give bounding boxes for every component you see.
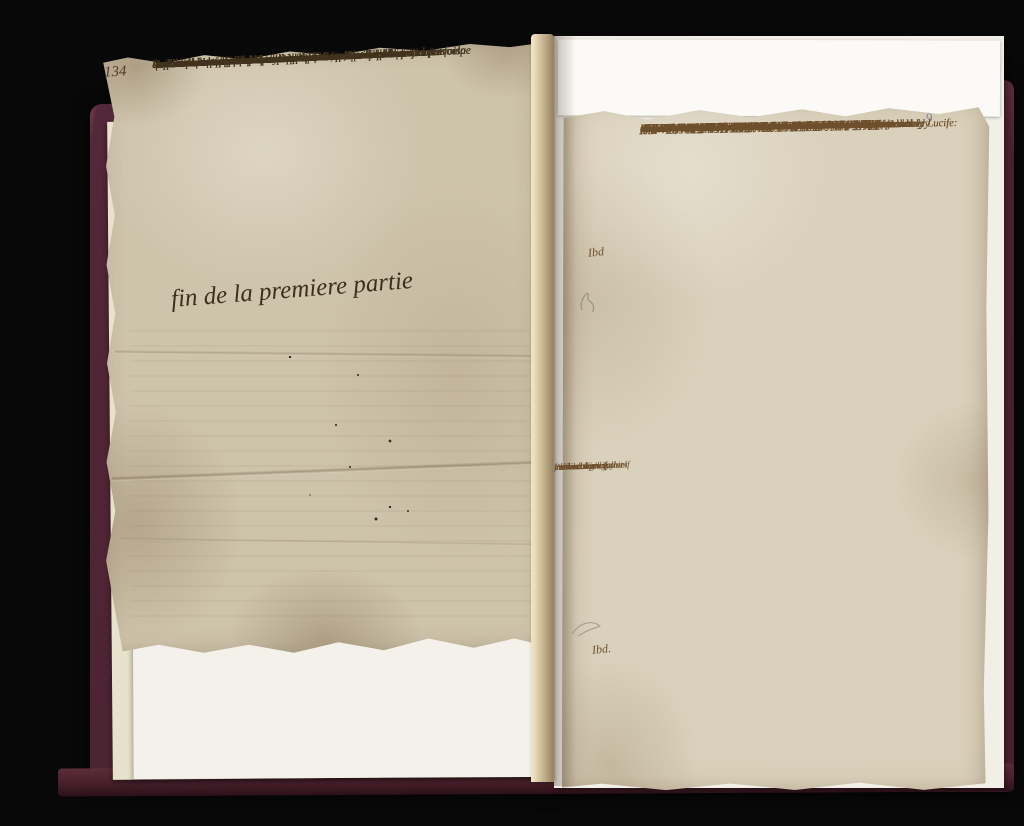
right-manuscript-leaf bbox=[558, 97, 991, 793]
pencil-mark bbox=[570, 618, 604, 638]
margin-mark: Ibd bbox=[587, 244, 604, 261]
margin-mark: Ibd. bbox=[591, 641, 611, 658]
left-manuscript-leaf bbox=[92, 37, 551, 659]
pencil-mark bbox=[576, 286, 600, 316]
english-manuscript-line: be either unknown or uncultivated. bbox=[640, 118, 788, 137]
manuscript-book-photo: 134 des choses qui me sont incomprehensi… bbox=[0, 0, 1024, 826]
gutter-guard-strip bbox=[531, 34, 554, 782]
margin-note-line: Philos: then if bbox=[554, 460, 608, 475]
right-white-sheet-top bbox=[558, 39, 1000, 116]
left-folio-number: 134 bbox=[104, 63, 127, 81]
